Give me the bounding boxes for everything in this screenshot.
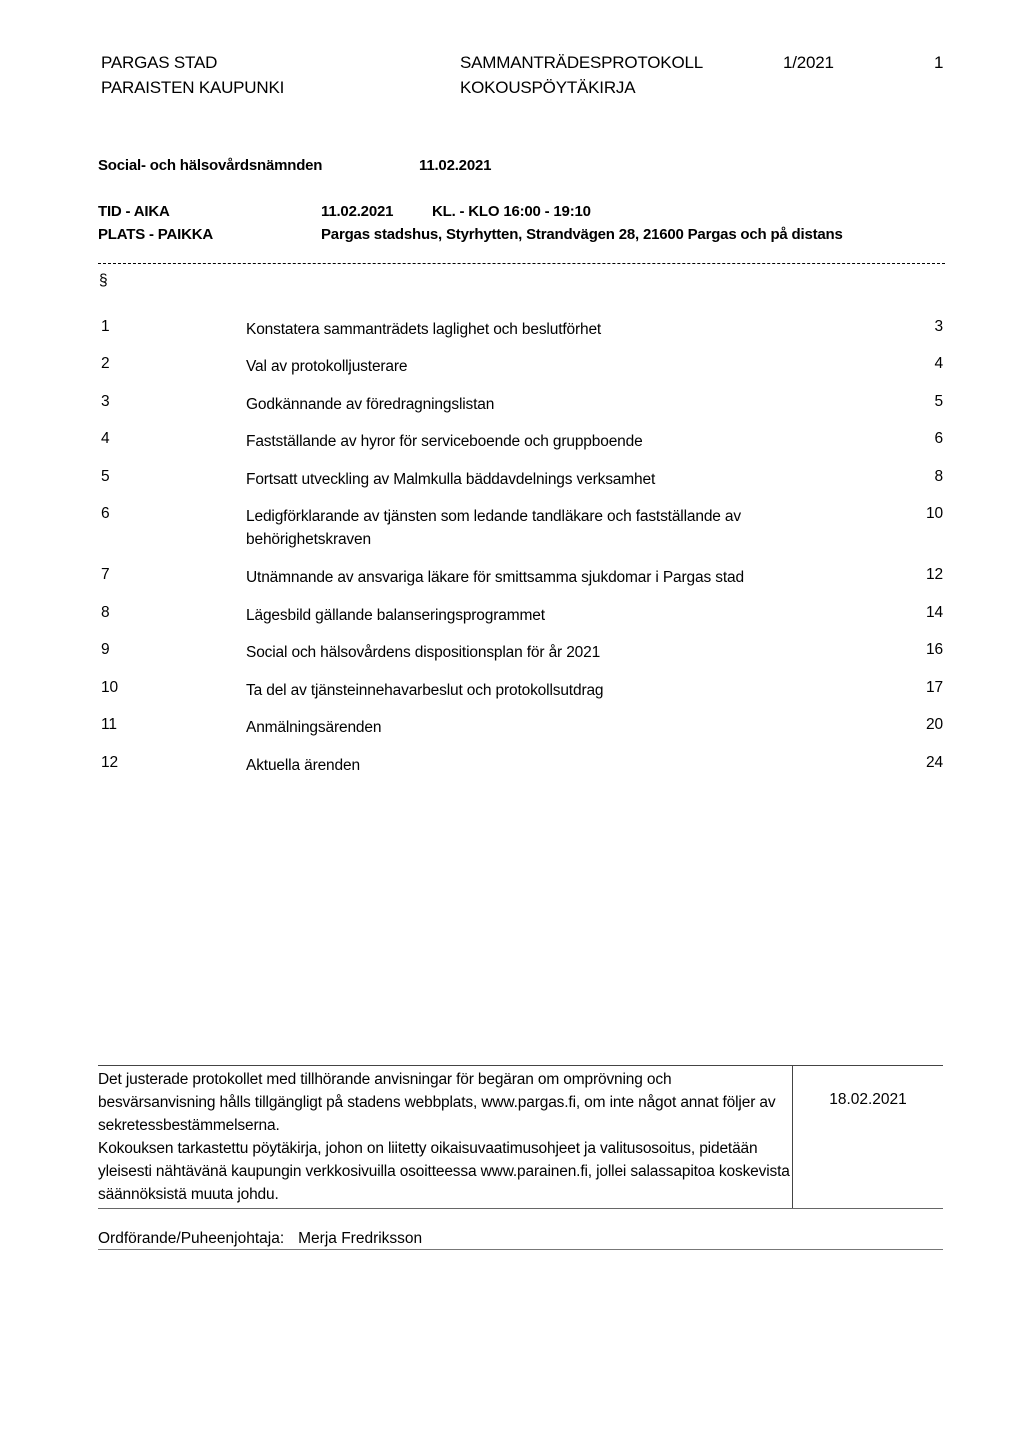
- place-label: PLATS - PAIKKA: [98, 226, 213, 243]
- agenda-item-page: 16: [926, 641, 943, 659]
- agenda-item-page: 12: [926, 566, 943, 584]
- agenda-item-page: 24: [926, 754, 943, 772]
- agenda-item: 2 Val av protokolljusterare 4: [98, 355, 943, 395]
- agenda-item: 9 Social och hälsovårdens dispositionspl…: [98, 641, 943, 681]
- agenda-item-page: 10: [926, 505, 943, 523]
- agenda-item-title: Ledigförklarande av tjänsten som ledande…: [246, 505, 826, 551]
- agenda-item-title: Anmälningsärenden: [246, 716, 826, 739]
- agenda-item-title: Utnämnande av ansvariga läkare för smitt…: [246, 566, 886, 589]
- agenda-item-page: 6: [935, 430, 943, 448]
- agenda-item-number: 12: [101, 754, 118, 772]
- agenda-item-page: 5: [935, 393, 943, 411]
- agenda-item: 6 Ledigförklarande av tjänsten som ledan…: [98, 505, 943, 555]
- chairperson-row: Ordförande/Puheenjohtaja:Merja Fredrikss…: [98, 1230, 943, 1250]
- doc-number: 1/2021: [783, 53, 834, 73]
- time-label: TID - AIKA: [98, 203, 170, 220]
- agenda-item-number: 7: [101, 566, 109, 584]
- agenda-item: 8 Lägesbild gällande balanseringsprogram…: [98, 604, 943, 644]
- agenda-item-page: 20: [926, 716, 943, 734]
- org-name-sv: PARGAS STAD: [101, 53, 217, 73]
- chair-name: Merja Fredriksson: [298, 1230, 422, 1247]
- agenda-item-number: 6: [101, 505, 109, 523]
- agenda-item: 12 Aktuella ärenden 24: [98, 754, 943, 794]
- agenda-item-title: Aktuella ärenden: [246, 754, 826, 777]
- agenda-item-number: 4: [101, 430, 109, 448]
- notice-finnish: Kokouksen tarkastettu pöytäkirja, johon …: [98, 1137, 792, 1206]
- publication-notice-table: Det justerade protokollet med tillhörand…: [98, 1065, 943, 1209]
- agenda-item: 5 Fortsatt utveckling av Malmkulla bädda…: [98, 468, 943, 508]
- agenda-item-number: 8: [101, 604, 109, 622]
- agenda-item-title: Fortsatt utveckling av Malmkulla bäddavd…: [246, 468, 826, 491]
- page-number: 1: [934, 53, 943, 73]
- org-name-fi: PARAISTEN KAUPUNKI: [101, 78, 284, 98]
- agenda-item: 10 Ta del av tjänsteinnehavarbeslut och …: [98, 679, 943, 719]
- agenda-item: 7 Utnämnande av ansvariga läkare för smi…: [98, 566, 943, 606]
- agenda-item-title: Val av protokolljusterare: [246, 355, 826, 378]
- section-symbol: §: [99, 272, 107, 290]
- agenda-item-number: 2: [101, 355, 109, 373]
- publication-notice: Det justerade protokollet med tillhörand…: [98, 1066, 793, 1208]
- agenda-item-page: 4: [935, 355, 943, 373]
- agenda-item-page: 14: [926, 604, 943, 622]
- agenda-item-number: 10: [101, 679, 118, 697]
- meeting-date: 11.02.2021: [419, 157, 491, 174]
- agenda-item-title: Social och hälsovårdens dispositionsplan…: [246, 641, 826, 664]
- separator-line: [98, 263, 945, 264]
- place-value: Pargas stadshus, Styrhytten, Strandvägen…: [321, 226, 843, 243]
- meeting-body: Social- och hälsovårdsnämnden: [98, 157, 322, 174]
- agenda-item-page: 3: [935, 318, 943, 336]
- agenda-item: 11 Anmälningsärenden 20: [98, 716, 943, 756]
- agenda-item-page: 8: [935, 468, 943, 486]
- agenda-item-number: 3: [101, 393, 109, 411]
- agenda-item-number: 11: [101, 716, 117, 734]
- agenda-item-title: Fastställande av hyror för serviceboende…: [246, 430, 826, 453]
- chair-label: Ordförande/Puheenjohtaja:: [98, 1230, 284, 1247]
- time-date: 11.02.2021: [321, 203, 393, 220]
- publish-date: 18.02.2021: [793, 1066, 943, 1208]
- agenda-item-title: Godkännande av föredragningslistan: [246, 393, 826, 416]
- agenda-item-number: 5: [101, 468, 109, 486]
- doc-type-fi: KOKOUSPÖYTÄKIRJA: [460, 78, 635, 98]
- agenda-item-number: 9: [101, 641, 109, 659]
- agenda-item-title: Ta del av tjänsteinnehavarbeslut och pro…: [246, 679, 826, 702]
- notice-swedish: Det justerade protokollet med tillhörand…: [98, 1068, 792, 1137]
- agenda-item-number: 1: [101, 318, 109, 336]
- agenda-item: 3 Godkännande av föredragningslistan 5: [98, 393, 943, 433]
- agenda-item: 4 Fastställande av hyror för serviceboen…: [98, 430, 943, 470]
- doc-type-sv: SAMMANTRÄDESPROTOKOLL: [460, 53, 703, 73]
- agenda-item: 1 Konstatera sammanträdets laglighet och…: [98, 318, 943, 358]
- agenda-item-page: 17: [926, 679, 943, 697]
- agenda-item-title: Lägesbild gällande balanseringsprogramme…: [246, 604, 826, 627]
- time-value: KL. - KLO 16:00 - 19:10: [432, 203, 591, 220]
- agenda-item-title: Konstatera sammanträdets laglighet och b…: [246, 318, 826, 341]
